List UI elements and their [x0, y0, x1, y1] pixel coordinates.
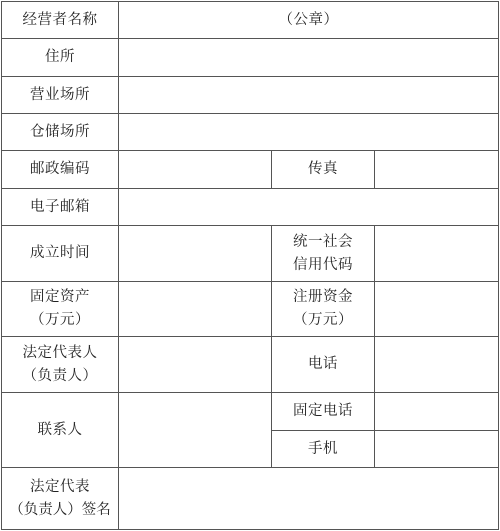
- registered-capital-label-line1: 注册资金: [272, 286, 374, 309]
- mobile-label: 手机: [272, 431, 375, 468]
- fax-field[interactable]: [375, 151, 499, 189]
- contact-label: 联系人: [2, 393, 119, 468]
- credit-code-field[interactable]: [375, 226, 499, 282]
- storage-premises-field[interactable]: [119, 114, 499, 151]
- legal-rep-label-line1: 法定代表人: [2, 342, 118, 365]
- operator-name-field[interactable]: （公章）: [119, 2, 499, 39]
- established-date-label: 成立时间: [2, 226, 119, 282]
- fixed-assets-label-line2: （万元）: [2, 309, 118, 332]
- postal-code-label: 邮政编码: [2, 151, 119, 189]
- storage-premises-label: 仓储场所: [2, 114, 119, 151]
- landline-label: 固定电话: [272, 393, 375, 431]
- email-field[interactable]: [119, 189, 499, 226]
- registered-capital-field[interactable]: [375, 282, 499, 337]
- address-label: 住所: [2, 39, 119, 77]
- registered-capital-label: 注册资金 （万元）: [272, 282, 375, 337]
- operator-info-form: 经营者名称 （公章） 住所 营业场所 仓储场所 邮政编码 传真 电子邮箱 成立时…: [1, 1, 499, 530]
- business-premises-field[interactable]: [119, 77, 499, 114]
- address-field[interactable]: [119, 39, 499, 77]
- credit-code-label: 统一社会 信用代码: [272, 226, 375, 282]
- established-date-field[interactable]: [119, 226, 272, 282]
- phone-field[interactable]: [375, 337, 499, 393]
- signature-label-line2: （负责人）签名: [2, 499, 118, 522]
- business-premises-label: 营业场所: [2, 77, 119, 114]
- operator-name-label: 经营者名称: [2, 2, 119, 39]
- signature-field[interactable]: [119, 468, 499, 530]
- contact-field[interactable]: [119, 393, 272, 468]
- legal-rep-field[interactable]: [119, 337, 272, 393]
- fixed-assets-label: 固定资产 （万元）: [2, 282, 119, 337]
- legal-rep-label: 法定代表人 （负责人）: [2, 337, 119, 393]
- landline-field[interactable]: [375, 393, 499, 431]
- credit-code-label-line2: 信用代码: [272, 254, 374, 277]
- seal-note: （公章）: [279, 12, 339, 28]
- signature-label-line1: 法定代表: [2, 476, 118, 499]
- registered-capital-label-line2: （万元）: [272, 309, 374, 332]
- signature-label: 法定代表 （负责人）签名: [2, 468, 119, 530]
- postal-code-field[interactable]: [119, 151, 272, 189]
- fixed-assets-label-line1: 固定资产: [2, 286, 118, 309]
- legal-rep-label-line2: （负责人）: [2, 365, 118, 388]
- phone-label: 电话: [272, 337, 375, 393]
- credit-code-label-line1: 统一社会: [272, 231, 374, 254]
- mobile-field[interactable]: [375, 431, 499, 468]
- fixed-assets-field[interactable]: [119, 282, 272, 337]
- email-label: 电子邮箱: [2, 189, 119, 226]
- fax-label: 传真: [272, 151, 375, 189]
